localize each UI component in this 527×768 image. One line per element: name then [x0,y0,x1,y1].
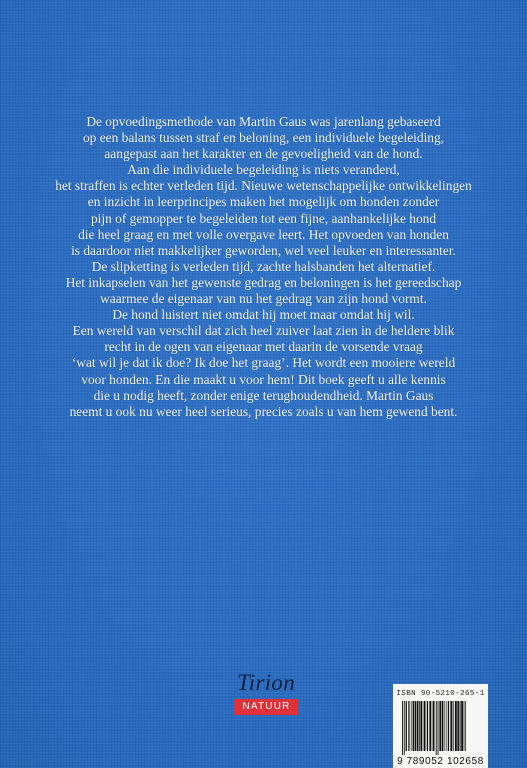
blurb-line: en inzicht in leerprincipes maken het mo… [0,194,527,210]
blurb-line: op een balans tussen straf en beloning, … [0,130,527,146]
blurb-line: waarmee de eigenaar van nu het gedrag va… [0,291,527,307]
blurb-line: Het inkapselen van het gewenste gedrag e… [0,275,527,291]
imprint-badge: NATUUR [234,699,297,715]
publisher-brand: Tirion [228,672,304,694]
blurb-line: die heel graag en met volle overgave lee… [0,227,527,243]
ean-digits: 9 789052 102658 [393,756,488,768]
barcode-icon [401,701,481,755]
blurb-line: Een wereld van verschil dat zich heel zu… [0,323,527,339]
blurb-line: De hond luistert niet omdat hij moet maa… [0,307,527,323]
blurb-line: Aan die individuele begeleiding is niets… [0,162,527,178]
blurb-line: pijn of gemopper te begeleiden tot een f… [0,211,527,227]
blurb-line: voor honden. En die maakt u voor hem! Di… [0,372,527,388]
blurb-line: is daardoor niet makkelijker geworden, w… [0,243,527,259]
blurb-line: recht in de ogen van eigenaar met daarin… [0,339,527,355]
blurb-line: neemt u ook nu weer heel serieus, precie… [0,404,527,420]
blurb-text: De opvoedingsmethode van Martin Gaus was… [0,114,527,420]
blurb-line: De opvoedingsmethode van Martin Gaus was… [0,114,527,130]
blurb-line: het straffen is echter verleden tijd. Ni… [0,178,527,194]
barcode-label: ISBN 90-5210-265-1 9 789052 102658 [393,684,488,768]
blurb-line: De slipketting is verleden tijd, zachte … [0,259,527,275]
book-back-cover: De opvoedingsmethode van Martin Gaus was… [0,0,527,768]
blurb-line: die u nodig heeft, zonder enige terughou… [0,388,527,404]
blurb-line: ‘wat wil je dat ik doe? Ik doe het graag… [0,355,527,371]
isbn-text: ISBN 90-5210-265-1 [393,690,488,698]
publisher-logo: Tirion NATUUR [228,672,304,715]
blurb-line: aangepast aan het karakter en de gevoeli… [0,146,527,162]
